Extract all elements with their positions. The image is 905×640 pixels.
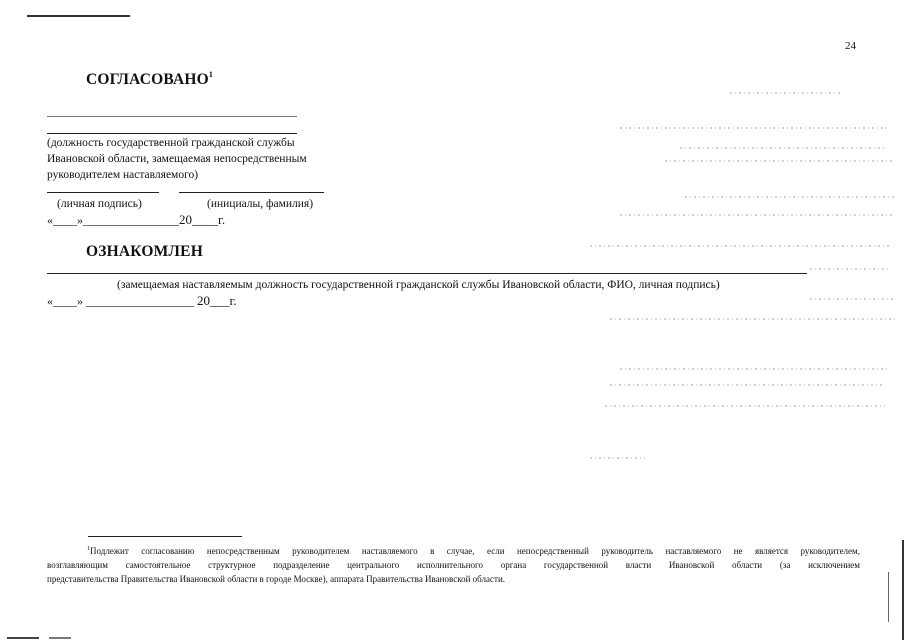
acknowledged-date-year[interactable]: 20___г. <box>197 293 237 308</box>
bleed-through-noise <box>620 214 895 216</box>
bleed-through-noise <box>810 268 890 270</box>
bleed-through-noise <box>610 384 885 386</box>
approval-date: «____»________________20____г. <box>47 212 225 228</box>
bleed-through-noise <box>605 405 885 407</box>
bleed-through-noise <box>610 318 895 320</box>
position-caption-line-1: (должность государственной гражданской с… <box>47 135 307 151</box>
bleed-through-noise <box>665 160 895 162</box>
approval-blank-line-1[interactable] <box>47 116 297 117</box>
approval-date-month[interactable]: ________________ <box>83 213 179 227</box>
footnote-line-1: 1Подлежит согласованию непосредственным … <box>47 542 860 558</box>
acknowledged-caption: (замещаемая наставляемым должность госуд… <box>117 277 720 293</box>
position-caption-line-3: руководителем наставляемого) <box>47 167 307 183</box>
scan-edge-bar <box>888 572 889 622</box>
acknowledged-date-month[interactable]: __________________ <box>86 294 194 308</box>
scan-edge-bar <box>902 540 904 640</box>
approval-heading: СОГЛАСОВАНО1 <box>86 70 213 89</box>
footnote-line-3: представительства Правительства Ивановск… <box>47 572 860 586</box>
scan-edge-line <box>27 15 130 17</box>
approval-position-caption: (должность государственной гражданской с… <box>47 135 307 183</box>
bleed-through-noise <box>620 127 890 129</box>
footnote: 1Подлежит согласованию непосредственным … <box>47 542 860 586</box>
bleed-through-noise <box>620 368 890 370</box>
bleed-through-noise <box>810 298 895 300</box>
bleed-through-noise <box>685 196 895 198</box>
approval-date-day[interactable]: «____» <box>47 213 83 227</box>
acknowledged-signature-line[interactable] <box>47 273 807 274</box>
acknowledged-heading: ОЗНАКОМЛЕН <box>86 243 203 261</box>
bleed-through-noise <box>730 92 840 94</box>
footnote-mark: 1 <box>209 70 213 79</box>
acknowledged-date-day[interactable]: «____» <box>47 294 83 308</box>
approval-heading-text: СОГЛАСОВАНО <box>86 71 209 88</box>
approval-date-year[interactable]: 20____г. <box>179 212 225 227</box>
approval-position-line[interactable] <box>47 133 297 134</box>
bleed-through-noise <box>680 147 885 149</box>
approval-signature-caption: (личная подпись) <box>57 196 142 212</box>
bleed-through-noise <box>590 245 890 247</box>
position-caption-line-2: Ивановской области, замещаемая непосредс… <box>47 151 307 167</box>
scan-edge-line <box>7 637 39 639</box>
approval-name-line[interactable] <box>179 192 324 193</box>
approval-name-caption: (инициалы, фамилия) <box>207 196 313 212</box>
bleed-through-noise <box>590 457 645 459</box>
scan-edge-line <box>49 637 71 639</box>
acknowledged-date: «____» __________________ 20___г. <box>47 293 237 309</box>
footnote-separator <box>88 536 242 537</box>
footnote-line-2: возглавляющим самостоятельное структурно… <box>47 558 860 572</box>
page-number: 24 <box>845 40 856 52</box>
approval-signature-line[interactable] <box>47 192 159 193</box>
